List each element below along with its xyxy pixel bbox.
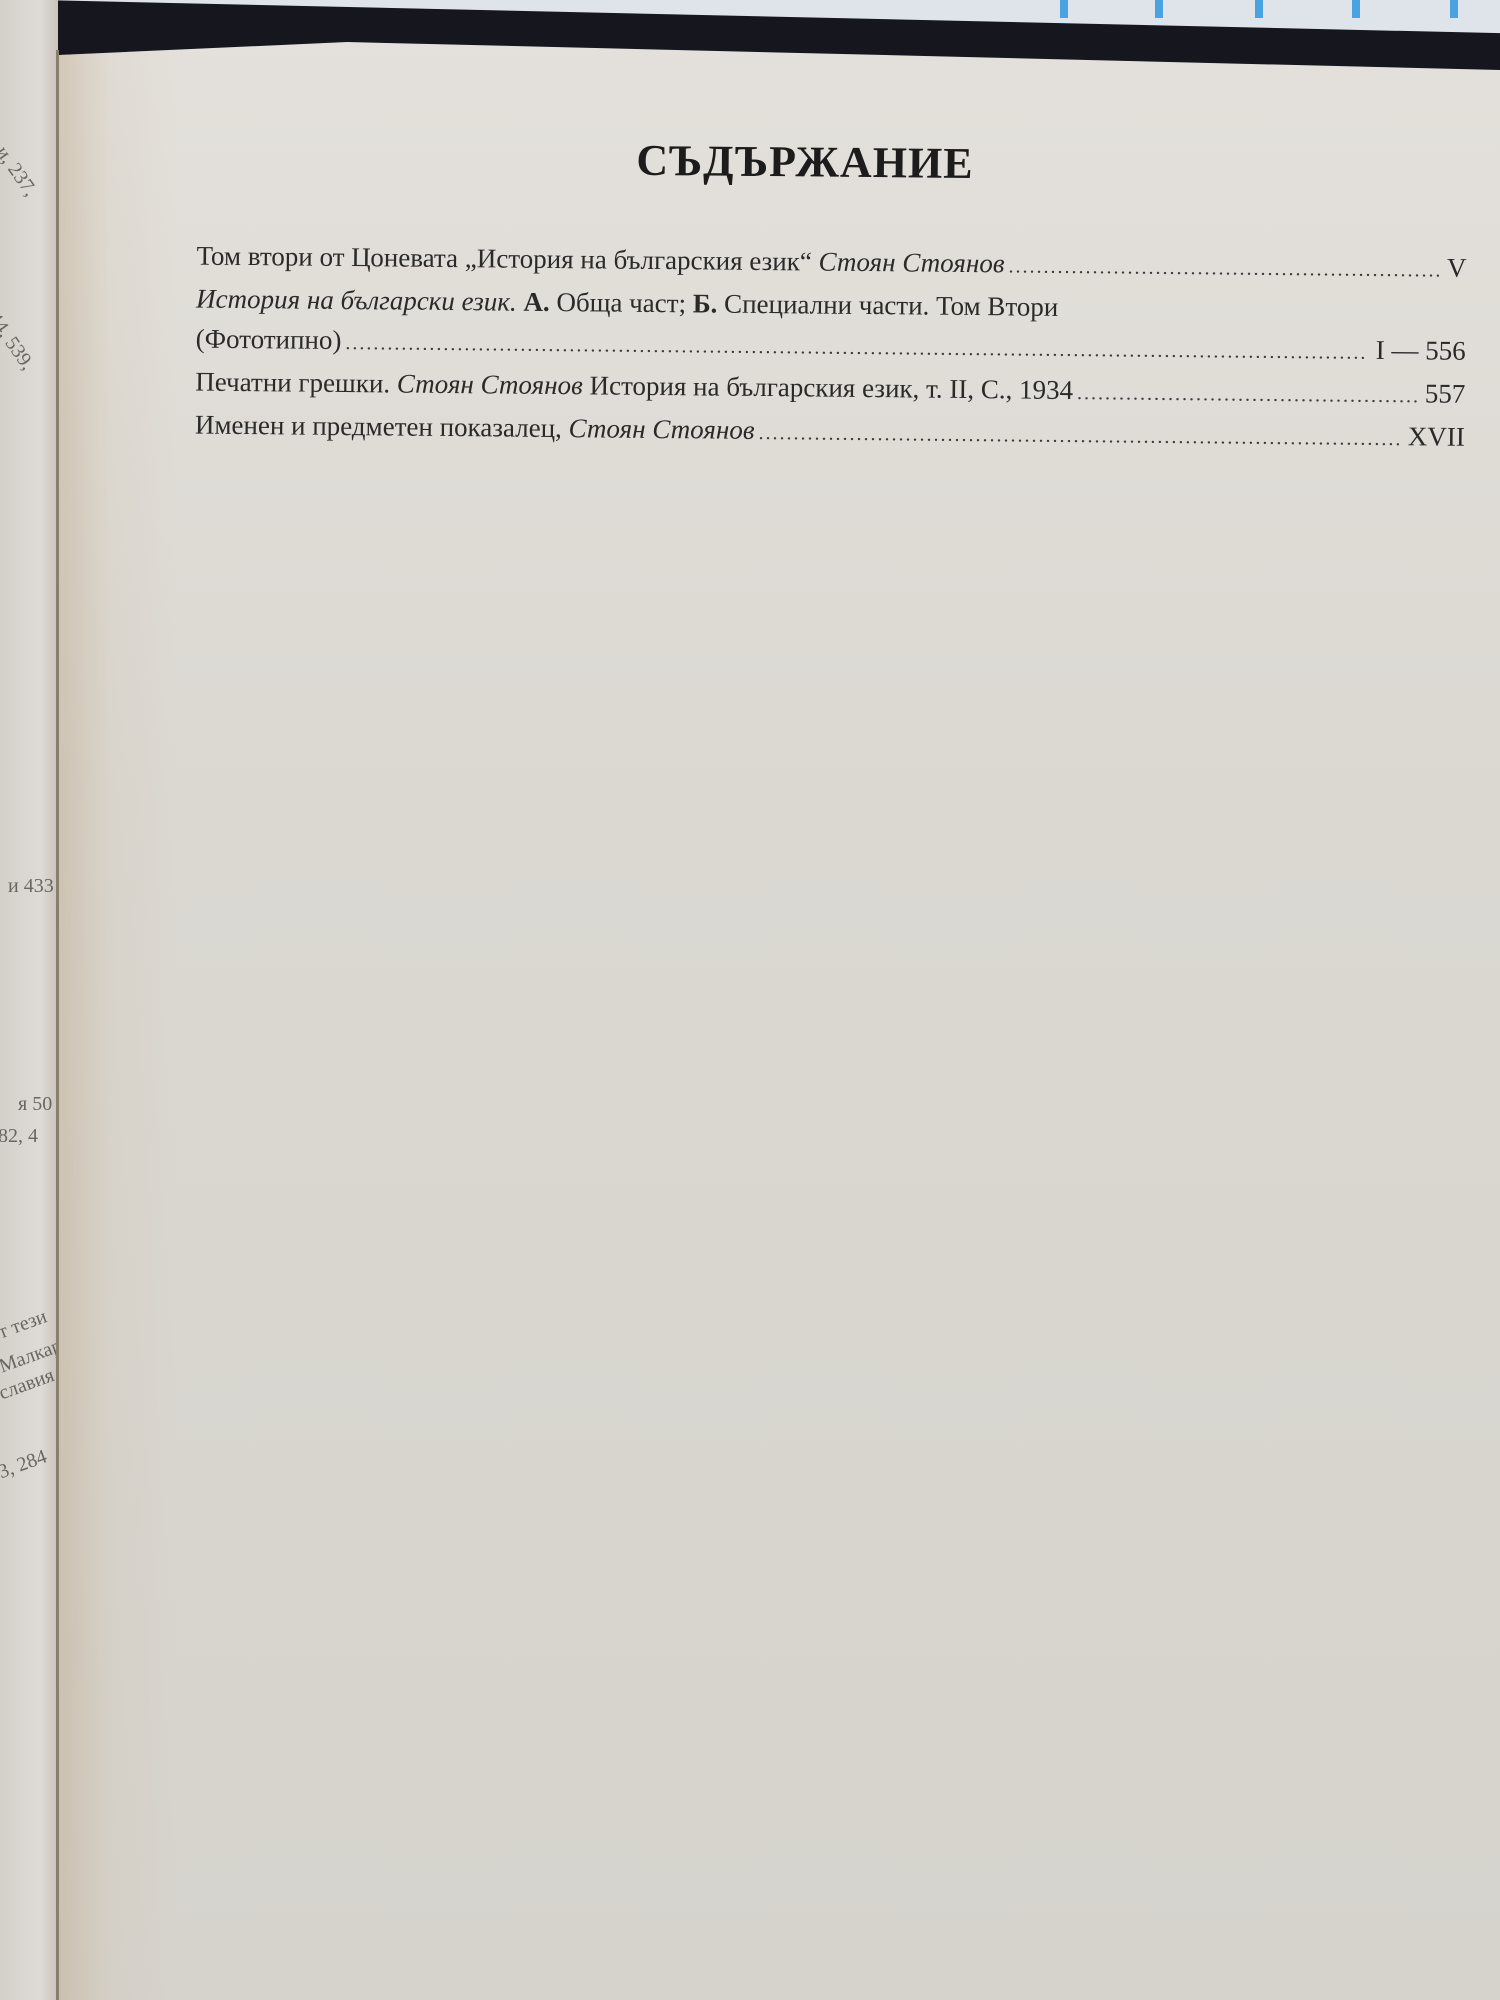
toc-page-number: V [1447, 248, 1467, 288]
book-page: СЪДЪРЖАНИЕ Том втори от Цоневата „Истори… [59, 0, 1500, 2000]
toc-text-segment: Специални части. Том Втори [717, 289, 1058, 322]
photo-scene: и, 237,44, 539,и 433я 503, 382, 4от тези… [0, 0, 1500, 2000]
toc-text-segment: А. [517, 287, 550, 317]
facing-page-text-fragment: и 433 [8, 875, 54, 898]
facing-page: и, 237,44, 539,и 433я 503, 382, 4от тези… [0, 0, 58, 2000]
toc-text-segment: Стоян Стоянов [568, 413, 754, 445]
toc-entry-title: Том втори от Цоневата „История на българ… [196, 236, 1004, 284]
facing-page-text-fragment: 3, 382, 4 [0, 1125, 38, 1148]
book-gutter [56, 50, 59, 2000]
notebook-rule-line [1155, 0, 1163, 18]
table-of-contents: Том втори от Цоневата „История на българ… [195, 236, 1467, 460]
dot-leader [1077, 373, 1417, 416]
dot-leader [758, 413, 1400, 459]
toc-text-segment: Стоян Стоянов [397, 368, 583, 400]
toc-entry-title: Именен и предметен показалец, Стоян Стоя… [195, 405, 755, 450]
notebook-rule-line [1352, 0, 1360, 18]
toc-text-segment: Том втори от Цоневата „История на българ… [196, 241, 818, 277]
facing-page-text-fragment: и, 237, [0, 142, 41, 201]
toc-text-segment: Обща част; [550, 287, 693, 318]
toc-text-segment: История на българския език, т. II, С., 1… [583, 370, 1074, 405]
toc-text-segment: Печатни грешки. [195, 367, 397, 399]
toc-text-segment: История на български език. [196, 284, 517, 317]
dot-leader [1008, 246, 1439, 290]
toc-text-segment: Именен и предметен показалец, [195, 410, 569, 444]
toc-page-number: 557 [1425, 373, 1466, 413]
toc-entry-title: Печатни грешки. Стоян Стоянов История на… [195, 362, 1073, 410]
toc-text-segment: (Фототипно) [196, 324, 342, 355]
facing-page-text-fragment: я 50 [18, 1093, 52, 1116]
notebook-rule-line [1255, 0, 1263, 18]
facing-page-text-fragment: 44, 539, [0, 308, 39, 374]
toc-entry: История на български език. А. Обща част;… [196, 279, 1467, 374]
toc-text-segment: Б. [693, 288, 718, 318]
toc-text-segment: Стоян Стоянов [818, 247, 1004, 279]
notebook-rule-line [1450, 0, 1458, 18]
facing-page-text-fragment: 83, 284 [0, 1445, 50, 1487]
page-title: СЪДЪРЖАНИЕ [137, 130, 1472, 194]
toc-entry-title: (Фототипно) [196, 319, 342, 360]
toc-page-number: I — 556 [1376, 330, 1466, 371]
toc-page-number: XVII [1408, 416, 1465, 457]
notebook-rule-line [1060, 0, 1068, 18]
